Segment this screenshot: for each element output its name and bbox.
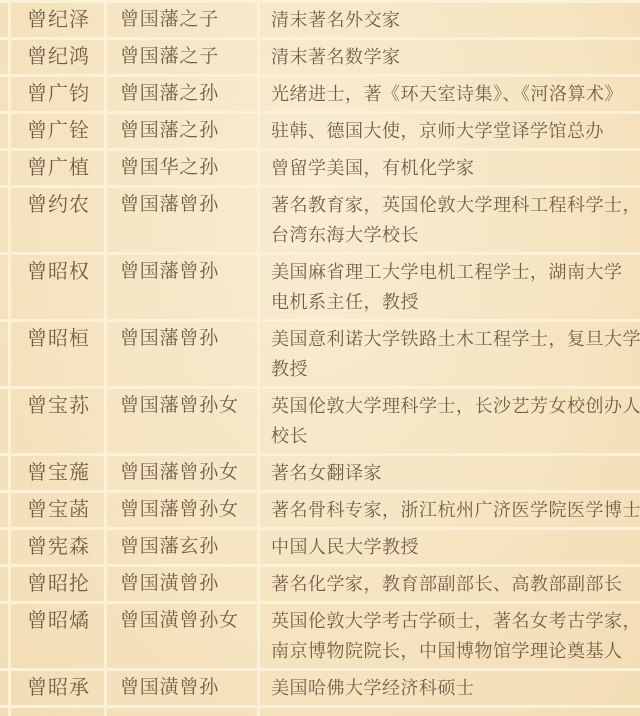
column-divider-name-relation: [104, 3, 107, 716]
cell-description: 著名女翻译家: [257, 456, 640, 490]
table-row: 曾昭抡曾国潢曾孙著名化学家，教育部副部长、高教部副部长: [0, 567, 640, 604]
cell-description: 英国伦敦大学理科学士，长沙艺芳女校创办人， 校长: [257, 389, 640, 453]
cell-relation: 曾国藩曾孙: [104, 255, 257, 319]
cell-relation: 曾国华之孙: [104, 151, 257, 185]
cell-relation: 曾国潢曾孙: [104, 671, 257, 705]
cell-name: 曾昭权: [0, 255, 104, 319]
cell-relation: 曾国藩曾孙女: [104, 493, 257, 527]
table-row: 曾广铨曾国藩之孙驻韩、德国大使，京师大学堂译学馆总办: [0, 114, 640, 151]
cell-description: 美国麻省理工大学电机工程学士，湖南大学 电机系主任，教授: [257, 255, 640, 319]
cell-name: 曾昭承: [0, 671, 104, 705]
cell-description: 美国哈佛大学经济科硕士: [257, 671, 640, 705]
cell-name: 曾宝葹: [0, 456, 104, 490]
table-row: 曾昭燏曾国潢曾孙女英国伦敦大学考古学硕士，著名女考古学家， 南京博物院院长，中国…: [0, 604, 640, 671]
cell-name: 曾昭桓: [0, 322, 104, 386]
table-row: 曾宝葹曾国藩曾孙女著名女翻译家: [0, 456, 640, 493]
cell-relation: 曾国藩曾孙: [104, 188, 257, 252]
cell-name: 曾约农: [0, 188, 104, 252]
table-row: 曾约农曾国藩曾孙著名教育家，英国伦敦大学理科工程科学士， 台湾东海大学校长: [0, 188, 640, 255]
cell-description: 清末著名外交家: [257, 3, 640, 37]
cell-relation: 曾国藩曾孙: [104, 322, 257, 386]
cell-relation: 曾国藩曾孙女: [104, 456, 257, 490]
cell-description: 清末著名数学家: [257, 40, 640, 74]
cell-description: 英国伦敦大学考古学硕士，著名女考古学家， 南京博物院院长，中国博物馆学理论奠基人: [257, 604, 640, 668]
table-row: 曾昭承曾国潢曾孙美国哈佛大学经济科硕士: [0, 671, 640, 708]
family-table: 曾纪泽曾国藩之子清末著名外交家曾纪鸿曾国藩之子清末著名数学家曾广钧曾国藩之孙光绪…: [0, 0, 640, 716]
cell-name: 曾广植: [0, 151, 104, 185]
cell-description: 中国人民大学教授: [257, 530, 640, 564]
cell-name: 曾宝菡: [0, 493, 104, 527]
left-margin-divider: [8, 3, 11, 716]
table-row: 曾纪鸿曾国藩之子清末著名数学家: [0, 40, 640, 77]
cell-relation: 曾国潢曾孙女: [104, 604, 257, 668]
cell-relation: 曾国藩之孙: [104, 77, 257, 111]
cell-description: 驻韩、德国大使，京师大学堂译学馆总办: [257, 114, 640, 148]
cell-relation: 曾国藩曾孙女: [104, 389, 257, 453]
cell-name: 曾宪森: [0, 530, 104, 564]
cell-name: 曾纪泽: [0, 3, 104, 37]
table-row: 曾广植曾国华之孙曾留学美国，有机化学家: [0, 151, 640, 188]
table-row: 曾广钧曾国藩之孙光绪进士，著《环天室诗集》、《河洛算术》: [0, 77, 640, 114]
cell-description: 著名骨科专家，浙江杭州广济医学院医学博士: [257, 493, 640, 527]
cell-description: 著名教育家，英国伦敦大学理科工程科学士， 台湾东海大学校长: [257, 188, 640, 252]
cell-description: 著名化学家，教育部副部长、高教部副部长: [257, 567, 640, 601]
column-divider-relation-description: [257, 3, 260, 716]
table-row: 曾宪森曾国藩玄孙中国人民大学教授: [0, 530, 640, 567]
cell-name: 曾昭抡: [0, 567, 104, 601]
cell-name: 曾宝荪: [0, 389, 104, 453]
table-row: 曾宝荪曾国藩曾孙女英国伦敦大学理科学士，长沙艺芳女校创办人， 校长: [0, 389, 640, 456]
cell-description: 美国意利诺大学铁路土木工程学士，复旦大学 教授: [257, 322, 640, 386]
table-row: 曾昭桓曾国藩曾孙美国意利诺大学铁路土木工程学士，复旦大学 教授: [0, 322, 640, 389]
cell-description: 曾留学美国，有机化学家: [257, 151, 640, 185]
family-table-body: 曾纪泽曾国藩之子清末著名外交家曾纪鸿曾国藩之子清末著名数学家曾广钧曾国藩之孙光绪…: [0, 3, 640, 708]
cell-relation: 曾国藩之子: [104, 40, 257, 74]
cell-name: 曾广铨: [0, 114, 104, 148]
cell-name: 曾昭燏: [0, 604, 104, 668]
cell-name: 曾广钧: [0, 77, 104, 111]
table-row: 曾昭权曾国藩曾孙美国麻省理工大学电机工程学士，湖南大学 电机系主任，教授: [0, 255, 640, 322]
cell-relation: 曾国潢曾孙: [104, 567, 257, 601]
cell-description: 光绪进士，著《环天室诗集》、《河洛算术》: [257, 77, 640, 111]
table-row: 曾纪泽曾国藩之子清末著名外交家: [0, 3, 640, 40]
cell-relation: 曾国藩玄孙: [104, 530, 257, 564]
cell-name: 曾纪鸿: [0, 40, 104, 74]
cell-relation: 曾国藩之子: [104, 3, 257, 37]
table-row: 曾宝菡曾国藩曾孙女著名骨科专家，浙江杭州广济医学院医学博士: [0, 493, 640, 530]
cell-relation: 曾国藩之孙: [104, 114, 257, 148]
